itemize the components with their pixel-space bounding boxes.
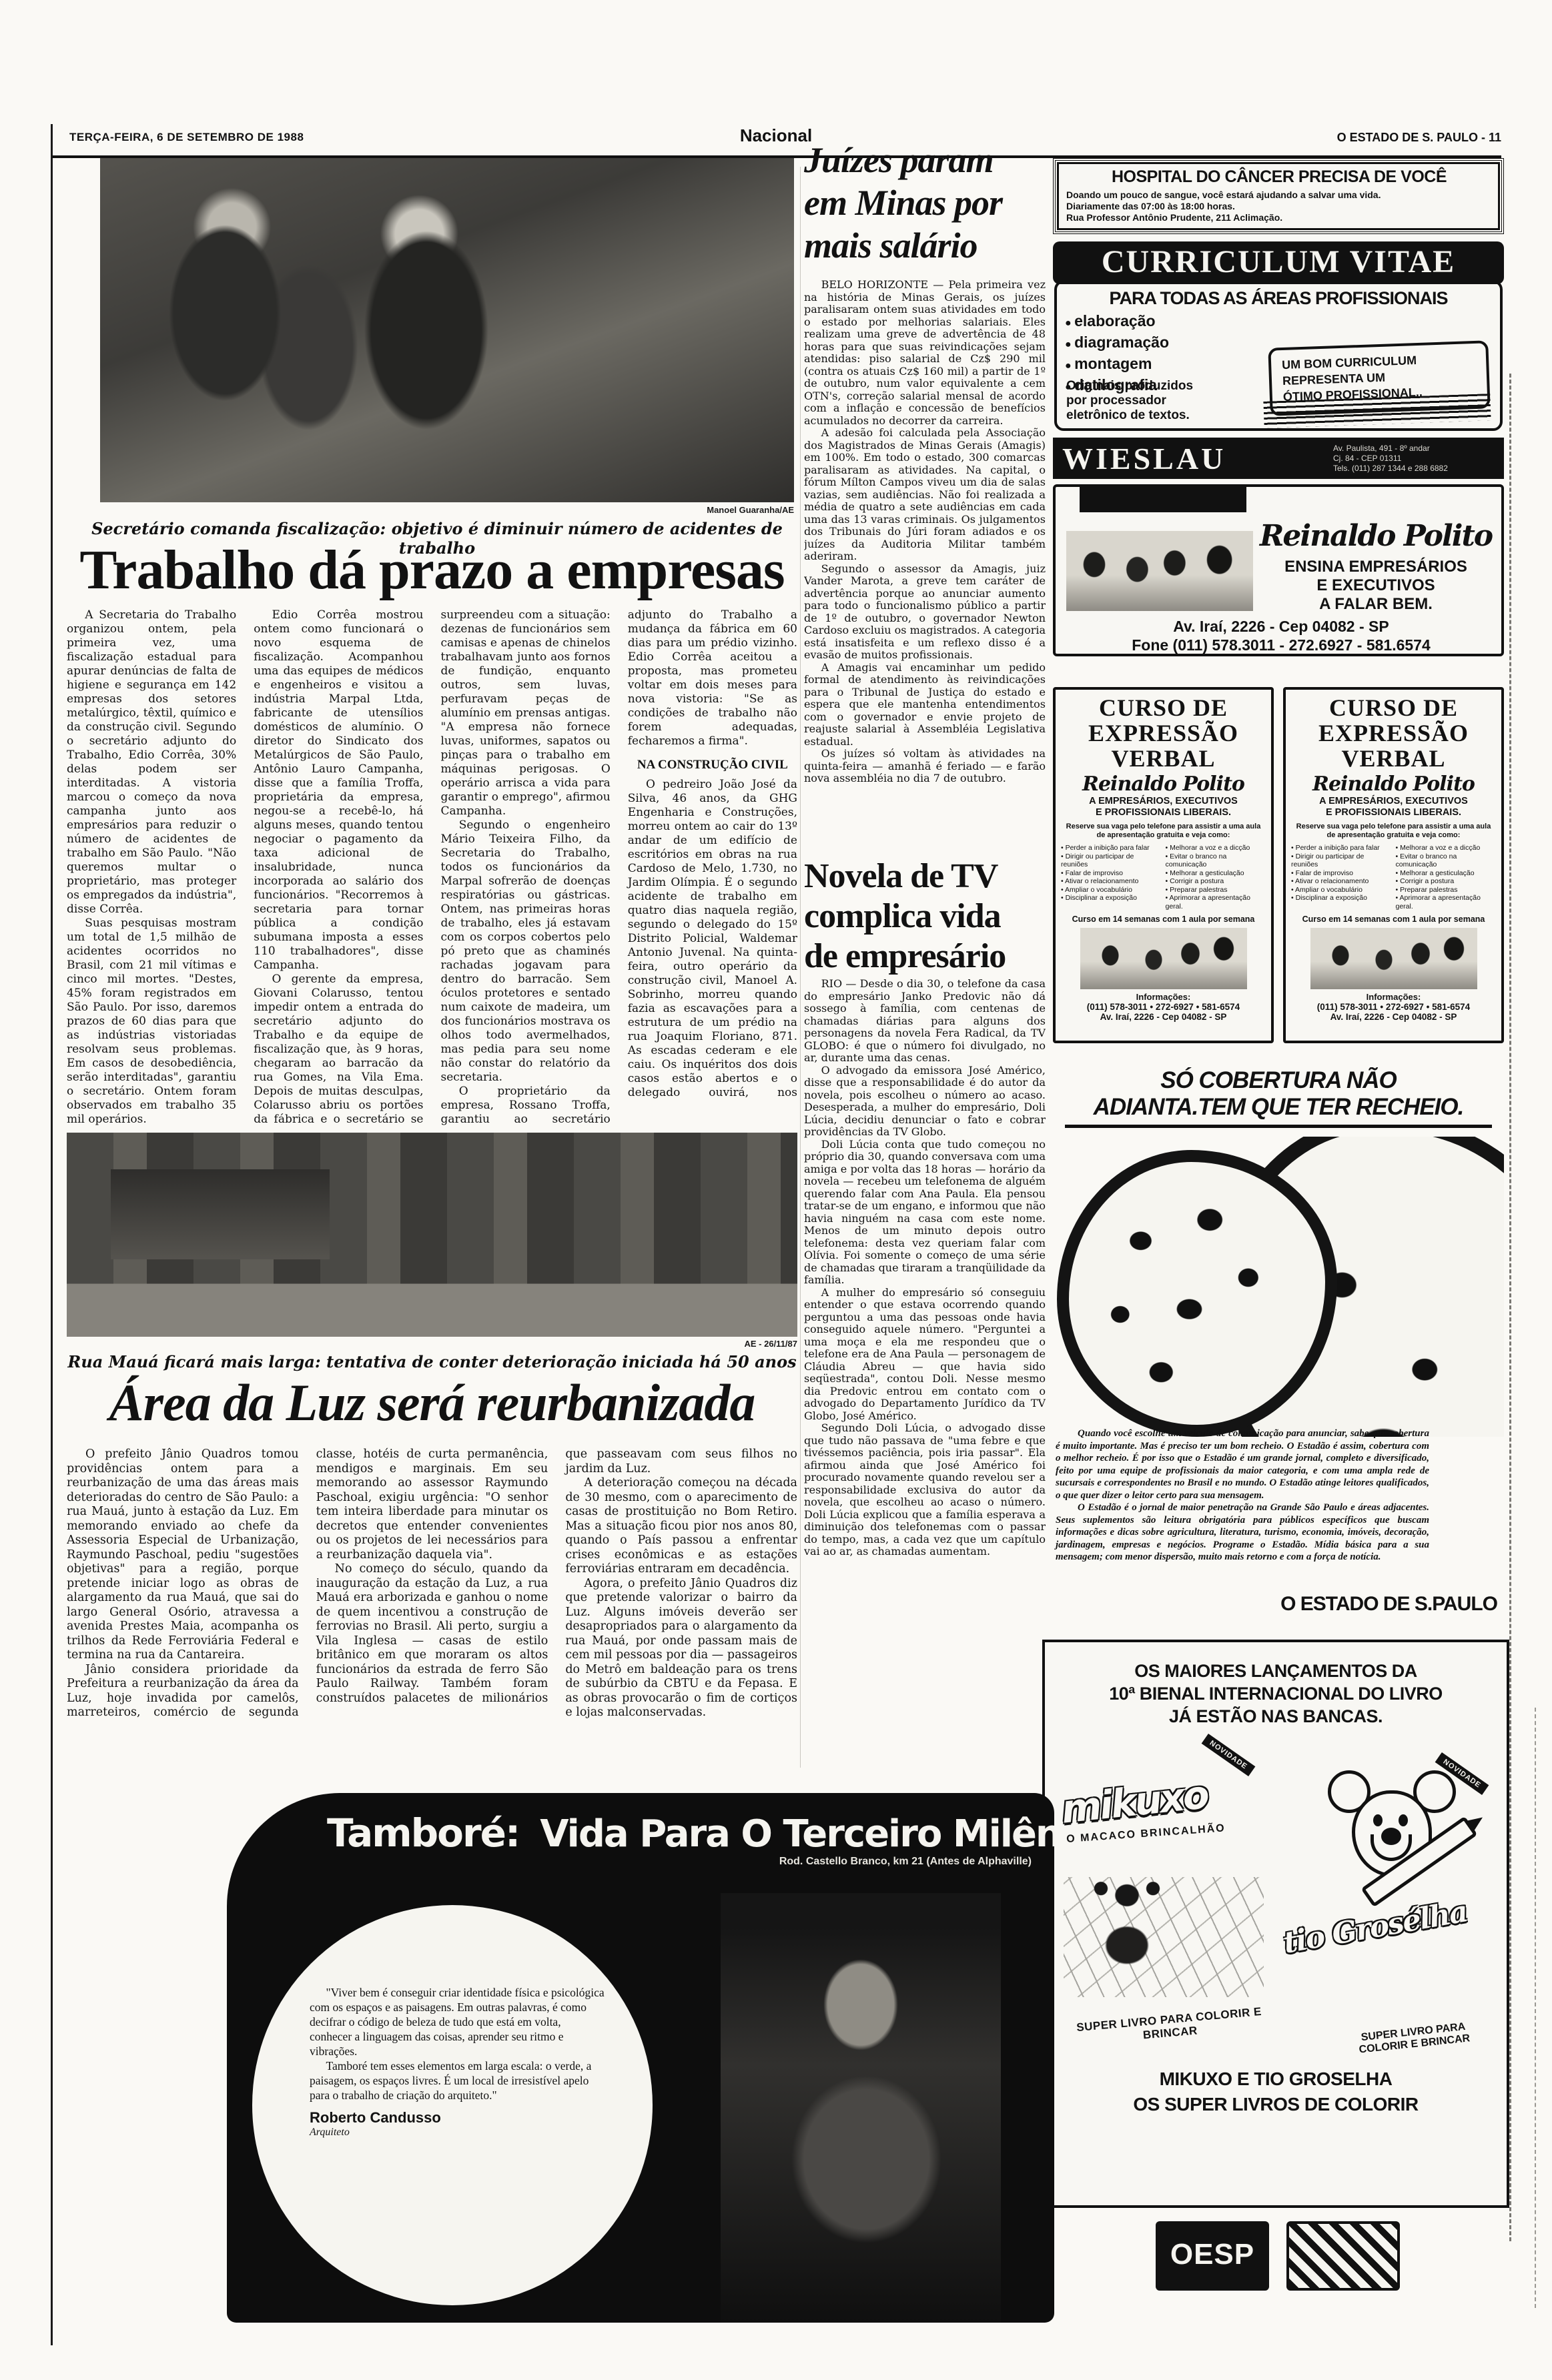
curso-class-photo bbox=[1310, 928, 1477, 989]
judges-headline: Juízes paramem Minas pormais salário bbox=[804, 139, 1046, 267]
tambore-headline: Tamboré: Vida Para O Terceiro Milênio bbox=[227, 1793, 1054, 1856]
ad-polito-black-tab bbox=[1080, 487, 1246, 512]
text-line: Originais produzidos bbox=[1066, 379, 1266, 394]
bullet-item: Perder a inibição para falar bbox=[1291, 844, 1392, 852]
page-left-border bbox=[51, 124, 53, 2345]
curso-phones: (011) 578-3011 • 272-6927 • 581-6574 bbox=[1291, 1002, 1496, 1012]
lead-subhead: NA CONSTRUÇÃO CIVIL bbox=[628, 758, 797, 772]
lead-headline: Trabalho dá prazo a empresas bbox=[67, 538, 797, 602]
paragraph: "Viver bem é conseguir criar identidade … bbox=[310, 1985, 606, 2058]
tio-groselha-banner: SUPER LIVRO PARACOLORIR E BRINCAR bbox=[1343, 2019, 1485, 2058]
text-line: SÓ COBERTURA NÃO bbox=[1053, 1067, 1504, 1094]
text-line: VERBAL bbox=[1291, 746, 1496, 771]
fold-dash-line-2 bbox=[1535, 1708, 1536, 2308]
ad-cv-subtitle: PARA TODAS AS ÁREAS PROFISSIONAIS bbox=[1065, 288, 1492, 309]
bullet-item: Ativar o relacionamento bbox=[1291, 877, 1392, 886]
ad-hospital-lines: Doando um pouco de sangue, você estará a… bbox=[1066, 189, 1492, 223]
ad-tambore: Tamboré: Vida Para O Terceiro Milênio Ro… bbox=[227, 1793, 1054, 2323]
curso-bullet-columns: Perder a inibição para falarDirigir ou p… bbox=[1061, 844, 1266, 911]
text-line: Rua Professor Antônio Prudente, 211 Acli… bbox=[1066, 212, 1492, 223]
bullet-item: Dirigir ou participar de reuniões bbox=[1061, 852, 1162, 869]
text-line: EXPRESSÃO bbox=[1291, 720, 1496, 746]
text-line: Juízes param bbox=[804, 139, 1046, 181]
rua-maua-photo bbox=[67, 1133, 797, 1337]
paragraph: Agora, o prefeito Jânio Quadros diz que … bbox=[565, 1577, 797, 1720]
text-line: Av. Paulista, 491 - 8º andar bbox=[1333, 444, 1448, 454]
text-line: ENSINA EMPRESÁRIOS bbox=[1256, 558, 1496, 576]
curso-brand: Reinaldo Polito bbox=[1291, 772, 1496, 796]
text-line: E PROFISSIONAIS LIBERAIS. bbox=[1061, 807, 1266, 818]
text-line: CURSO DE bbox=[1291, 695, 1496, 720]
text-line: por processador bbox=[1066, 394, 1266, 408]
bullet-item: Melhorar a gesticulação bbox=[1166, 869, 1266, 878]
bienal-headline: OS MAIORES LANÇAMENTOS DA10ª BIENAL INTE… bbox=[1057, 1660, 1495, 1728]
publisher-logos: OESP bbox=[1128, 2221, 1428, 2301]
paragraph: A Amagis vai encaminhar um pedido formal… bbox=[804, 662, 1046, 748]
text-line: E EXECUTIVOS bbox=[1256, 576, 1496, 595]
curso-ads-row: CURSO DEEXPRESSÃOVERBAL Reinaldo Polito … bbox=[1053, 687, 1504, 1043]
bullet-item: Perder a inibição para falar bbox=[1061, 844, 1162, 852]
curso-bullet-columns: Perder a inibição para falarDirigir ou p… bbox=[1291, 844, 1496, 911]
luz-photo-caption: Rua Mauá ficará mais larga: tentativa de… bbox=[67, 1352, 797, 1371]
cookie-photo bbox=[1053, 1137, 1504, 1437]
ad-hospital-title: HOSPITAL DO CÂNCER PRECISA DE VOCÊ bbox=[1066, 167, 1492, 187]
bullet-item: Melhorar a gesticulação bbox=[1396, 869, 1497, 878]
text-line: Tels. (011) 287 1344 e 288 6882 bbox=[1333, 464, 1448, 474]
ad-curso-expressao-verbal-1: CURSO DEEXPRESSÃOVERBAL Reinaldo Polito … bbox=[1053, 687, 1274, 1043]
estadao-ad-headline: SÓ COBERTURA NÃOADIANTA.TEM QUE TER RECH… bbox=[1053, 1067, 1504, 1121]
paragraph: BELO HORIZONTE — Pela primeira vez na hi… bbox=[804, 279, 1046, 427]
text-line: eletrônico de textos. bbox=[1066, 408, 1266, 423]
paragraph: O prefeito Jânio Quadros tomou providênc… bbox=[67, 1447, 299, 1663]
ad-wieslau: WIESLAU Av. Paulista, 491 - 8º andarCj. … bbox=[1053, 438, 1504, 479]
luz-headline: Área da Luz será reurbanizada bbox=[67, 1373, 797, 1433]
curso-bullets-right: Melhorar a voz e a dicçãoEvitar o branco… bbox=[1166, 844, 1266, 911]
ad-polito-address: Av. Iraí, 2226 - Cep 04082 - SP bbox=[1056, 618, 1507, 636]
lead-photo-factory-inspection bbox=[100, 158, 794, 502]
text-line: EXPRESSÃO bbox=[1061, 720, 1266, 746]
ad-polito-class-photo bbox=[1066, 531, 1253, 611]
curso-info-label: Informações: bbox=[1061, 992, 1266, 1002]
paragraph: Segundo o assessor da Amagis, juiz Vande… bbox=[804, 563, 1046, 662]
tambore-quote: "Viver bem é conseguir criar identidade … bbox=[310, 1985, 606, 2103]
ad-bienal-livros: OS MAIORES LANÇAMENTOS DA10ª BIENAL INTE… bbox=[1042, 1640, 1509, 2208]
bullet-item: Corrigir a postura bbox=[1166, 877, 1266, 886]
paragraph: O advogado da emissora José Américo, dis… bbox=[804, 1065, 1046, 1139]
curso-duration: Curso em 14 semanas com 1 aula por seman… bbox=[1291, 915, 1496, 924]
judges-article-body: BELO HORIZONTE — Pela primeira vez na hi… bbox=[804, 279, 1046, 812]
ad-wieslau-address: Av. Paulista, 491 - 8º andarCj. 84 - CEP… bbox=[1333, 444, 1448, 474]
text-line: CURSO DE bbox=[1061, 695, 1266, 720]
bullet-item: Dirigir ou participar de reuniões bbox=[1291, 852, 1392, 869]
bullet-item: elaboração bbox=[1065, 312, 1492, 333]
text-line: ADIANTA.TEM QUE TER RECHEIO. bbox=[1053, 1094, 1504, 1121]
luz-article-body: O prefeito Jânio Quadros tomou providênc… bbox=[67, 1447, 797, 1772]
fold-dash-line bbox=[1509, 374, 1511, 2241]
text-line: de empresário bbox=[804, 937, 1046, 977]
estadao-ad-body: Quando você escolhe um veículo de comuni… bbox=[1056, 1427, 1429, 1564]
bullet-item: Falar de improviso bbox=[1291, 869, 1392, 878]
curso-title: CURSO DEEXPRESSÃOVERBAL bbox=[1061, 695, 1266, 771]
book-cover-mikuxo: NOVIDADE mikuxo O MACACO BRINCALHÃO SUPE… bbox=[1057, 1744, 1276, 2057]
text-line: em Minas por bbox=[804, 181, 1046, 224]
text-line: A FALAR BEM. bbox=[1256, 595, 1496, 614]
bullet-item: Preparar palestras bbox=[1396, 886, 1497, 895]
curso-invite: Reserve sua vaga pelo telefone para assi… bbox=[1061, 822, 1266, 840]
bullet-item: Evitar o branco na comunicação bbox=[1396, 852, 1497, 869]
bullet-item: Corrigir a postura bbox=[1396, 877, 1497, 886]
paragraph: RIO — Desde o dia 30, o telefone da casa… bbox=[804, 978, 1046, 1065]
ad-cv-box: PARA TODAS AS ÁREAS PROFISSIONAIS elabor… bbox=[1054, 280, 1503, 431]
bullet-item: Evitar o branco na comunicação bbox=[1166, 852, 1266, 869]
text-line: A EMPRESÁRIOS, EXECUTIVOS bbox=[1291, 796, 1496, 807]
paragraph: A adesão foi calculada pela Associação d… bbox=[804, 427, 1046, 563]
ad-estadao-recheio: SÓ COBERTURA NÃOADIANTA.TEM QUE TER RECH… bbox=[1053, 1067, 1504, 1632]
curso-invite: Reserve sua vaga pelo telefone para assi… bbox=[1291, 822, 1496, 840]
curso-bullets-left: Perder a inibição para falarDirigir ou p… bbox=[1291, 844, 1392, 911]
tambore-slogan: Vida Para O Terceiro Milênio bbox=[540, 1812, 1054, 1856]
ad-hospital-do-cancer: HOSPITAL DO CÂNCER PRECISA DE VOCÊ Doand… bbox=[1053, 158, 1504, 234]
ad-polito-phone: Fone (011) 578.3011 - 272.6927 - 581.657… bbox=[1056, 636, 1507, 654]
bienal-footer: MIKUXO E TIO GROSELHAOS SUPER LIVROS DE … bbox=[1057, 2066, 1495, 2117]
text-line: A EMPRESÁRIOS, EXECUTIVOS bbox=[1061, 796, 1266, 807]
text-line: JÁ ESTÃO NAS BANCAS. bbox=[1057, 1705, 1495, 1728]
bullet-item: Preparar palestras bbox=[1166, 886, 1266, 895]
text-line: MIKUXO E TIO GROSELHA bbox=[1057, 2066, 1495, 2092]
text-line: VERBAL bbox=[1061, 746, 1266, 771]
paragraph: Edio Corrêa mostrou ontem como funcionar… bbox=[254, 608, 423, 973]
column-divider bbox=[800, 167, 801, 1768]
text-line: Doando um pouco de sangue, você estará a… bbox=[1066, 189, 1492, 201]
tambore-signature-role: Arquiteto bbox=[310, 2127, 606, 2139]
curso-info-label: Informações: bbox=[1291, 992, 1496, 1002]
text-line: OS SUPER LIVROS DE COLORIR bbox=[1057, 2092, 1495, 2117]
paragraph: Segundo o engenheiro Mário Teixeira Filh… bbox=[441, 818, 611, 1085]
bullet-item: Melhorar a voz e a dicção bbox=[1166, 844, 1266, 852]
clown-eye bbox=[1373, 1814, 1383, 1826]
paragraph: Suas pesquisas mostram um total de 1,5 m… bbox=[67, 917, 236, 1127]
curso-bullets-right: Melhorar a voz e a dicçãoEvitar o branco… bbox=[1396, 844, 1497, 911]
ad-cv-title: CURRICULUM VITAE bbox=[1053, 241, 1504, 284]
photo-credit: Manoel Guaranha/AE bbox=[100, 505, 794, 515]
text-line: OS MAIORES LANÇAMENTOS DA bbox=[1057, 1660, 1495, 1682]
text-line: E PROFISSIONAIS LIBERAIS. bbox=[1291, 807, 1496, 818]
oesp-logo: OESP bbox=[1156, 2221, 1269, 2291]
ad-cv-note: Originais produzidospor processadoreletr… bbox=[1066, 379, 1266, 423]
curso-address: Av. Iraí, 2226 - Cep 04082 - SP bbox=[1061, 1012, 1266, 1022]
bullet-item: Melhorar a voz e a dicção bbox=[1396, 844, 1497, 852]
curso-audience: A EMPRESÁRIOS, EXECUTIVOSE PROFISSIONAIS… bbox=[1061, 796, 1266, 818]
book-cover-tio-groselha: NOVIDADE tio Grosélha SUPER LIVRO PARACO… bbox=[1276, 1744, 1495, 2057]
tambore-architect-photo bbox=[721, 1893, 1001, 2323]
distributor-logo bbox=[1286, 2221, 1400, 2291]
paragraph: A deterioração começou na década de 30 m… bbox=[565, 1476, 797, 1577]
curso-brand: Reinaldo Polito bbox=[1061, 772, 1266, 796]
bullet-item: Disciplinar a exposição bbox=[1291, 894, 1392, 903]
mikuxo-banner: SUPER LIVRO PARA COLORIR E BRINCAR bbox=[1059, 2004, 1280, 2050]
curso-audience: A EMPRESÁRIOS, EXECUTIVOSE PROFISSIONAIS… bbox=[1291, 796, 1496, 818]
text-line: mais salário bbox=[804, 224, 1046, 267]
bullet-item: Falar de improviso bbox=[1061, 869, 1162, 878]
tambore-brand: Tamboré: bbox=[327, 1810, 519, 1856]
paragraph: Os juízes só voltam às atividades na qui… bbox=[804, 748, 1046, 785]
paragraph: A Secretaria do Trabalho organizou ontem… bbox=[67, 608, 236, 917]
curso-address: Av. Iraí, 2226 - Cep 04082 - SP bbox=[1291, 1012, 1496, 1022]
curso-title: CURSO DEEXPRESSÃOVERBAL bbox=[1291, 695, 1496, 771]
newspaper-page: TERÇA-FEIRA, 6 DE SETEMBRO DE 1988 Nacio… bbox=[0, 0, 1552, 2380]
bullet-item: Ampliar o vocabulário bbox=[1291, 886, 1392, 895]
tambore-address: Rod. Castello Branco, km 21 (Antes de Al… bbox=[227, 1856, 1054, 1868]
ad-polito-brand: Reinaldo Polito bbox=[1256, 519, 1496, 553]
tambore-quote-circle: "Viver bem é conseguir criar identidade … bbox=[252, 1905, 653, 2305]
lead-article-body: A Secretaria do Trabalho organizou ontem… bbox=[67, 608, 797, 1127]
novela-headline: Novela de TVcomplica vidade empresário bbox=[804, 856, 1046, 977]
bullet-item: Ampliar o vocabulário bbox=[1061, 886, 1162, 895]
text-line: Novela de TV bbox=[804, 856, 1046, 897]
text-line: Diariamente das 07:00 às 18:00 horas. bbox=[1066, 201, 1492, 212]
paragraph: O Estadão é o jornal de maior penetração… bbox=[1056, 1502, 1429, 1564]
paragraph: Segundo Doli Lúcia, o advogado disse que… bbox=[804, 1422, 1046, 1558]
paragraph: A mulher do empresário só conseguiu ente… bbox=[804, 1287, 1046, 1423]
curso-class-photo bbox=[1080, 928, 1247, 989]
headline-underline bbox=[1065, 1125, 1492, 1128]
curso-phones: (011) 578-3011 • 272-6927 • 581-6574 bbox=[1061, 1002, 1266, 1012]
ad-polito-tagline: ENSINA EMPRESÁRIOSE EXECUTIVOSA FALAR BE… bbox=[1256, 558, 1496, 614]
bullet-item: Aprimorar a apresentação geral. bbox=[1396, 894, 1497, 911]
paragraph: Doli Lúcia conta que tudo começou no pró… bbox=[804, 1139, 1046, 1287]
text-line: 10ª BIENAL INTERNACIONAL DO LIVRO bbox=[1057, 1682, 1495, 1705]
text-line: Cj. 84 - CEP 01311 bbox=[1333, 454, 1448, 464]
curso-bullets-left: Perder a inibição para falarDirigir ou p… bbox=[1061, 844, 1162, 911]
paragraph: Tamboré tem esses elementos em larga esc… bbox=[310, 2058, 606, 2103]
bullet-item: Disciplinar a exposição bbox=[1061, 894, 1162, 903]
ad-curriculum-vitae: PARA TODAS AS ÁREAS PROFISSIONAIS elabor… bbox=[1053, 241, 1504, 432]
book-covers: NOVIDADE mikuxo O MACACO BRINCALHÃO SUPE… bbox=[1057, 1744, 1495, 2057]
bullet-item: Ativar o relacionamento bbox=[1061, 877, 1162, 886]
ad-curso-expressao-verbal-2: CURSO DEEXPRESSÃOVERBAL Reinaldo Polito … bbox=[1283, 687, 1504, 1043]
bullet-item: Aprimorar a apresentação geral. bbox=[1166, 894, 1266, 911]
text-line: complica vida bbox=[804, 897, 1046, 937]
estadao-logo: O ESTADO DE S.PAULO bbox=[1280, 1593, 1497, 1616]
curso-duration: Curso em 14 semanas com 1 aula por seman… bbox=[1061, 915, 1266, 924]
photo-credit-2: AE - 26/11/87 bbox=[67, 1339, 797, 1349]
clown-eye bbox=[1399, 1814, 1408, 1826]
ad-wieslau-name: WIESLAU bbox=[1053, 441, 1333, 476]
paragraph: Quando você escolhe um veículo de comuni… bbox=[1056, 1427, 1429, 1502]
monkey-cartoon-icon bbox=[1077, 1870, 1177, 1984]
novela-article-body: RIO — Desde o dia 30, o telefone da casa… bbox=[804, 978, 1046, 1589]
ad-reinaldo-polito: Reinaldo Polito ENSINA EMPRESÁRIOSE EXEC… bbox=[1053, 484, 1504, 656]
tambore-signature: Roberto Candusso bbox=[310, 2109, 606, 2127]
